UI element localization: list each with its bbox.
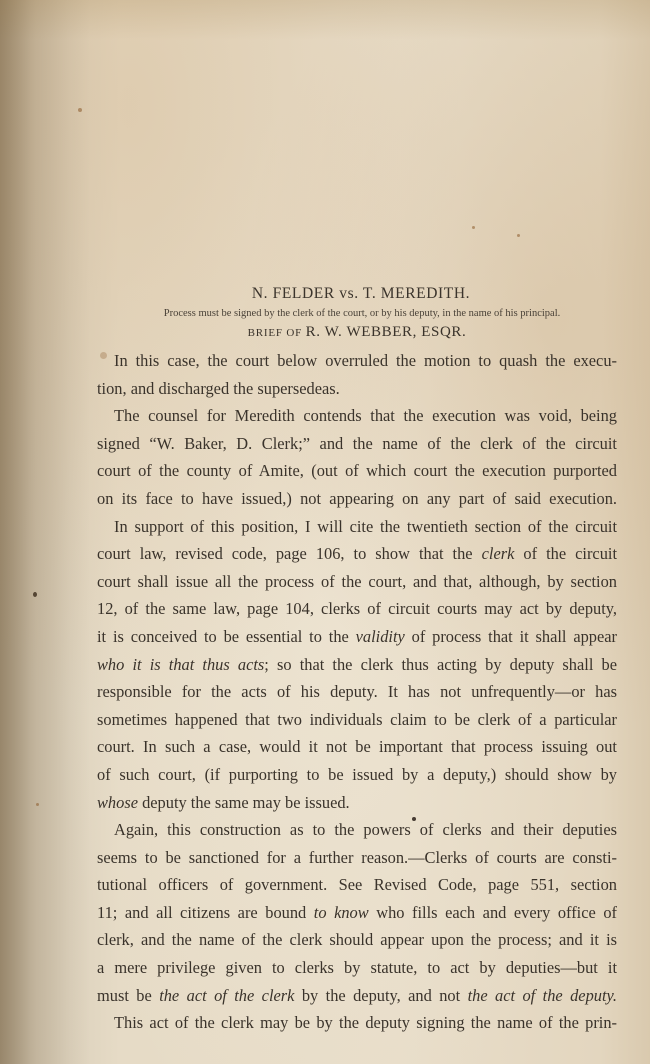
foxing-spot bbox=[33, 592, 37, 597]
text-run: by the deputy, and not bbox=[294, 986, 467, 1005]
emphasis-act-of-clerk: the act of the clerk bbox=[159, 986, 294, 1005]
emphasis-clerk: clerk bbox=[482, 544, 515, 563]
emphasis-validity: validity bbox=[356, 627, 405, 646]
emphasis-whose: whose bbox=[97, 793, 138, 812]
text-run: must be bbox=[97, 986, 159, 1005]
paragraph: The counsel for Meredith contends that t… bbox=[97, 402, 617, 512]
text-line: signed “W. Baker, D. Clerk;” and the nam… bbox=[97, 430, 617, 458]
text-run: ; so that the clerk thus acting by deput… bbox=[264, 655, 617, 674]
emphasis-who-it-is: who it is that thus acts bbox=[97, 655, 264, 674]
text-run: deputy the same may be issued. bbox=[138, 793, 350, 812]
foxing-spot bbox=[517, 234, 520, 237]
page-content: N. FELDER vs. T. MEREDITH. Process must … bbox=[97, 282, 617, 1037]
text-line: of such court, (if purporting to be issu… bbox=[97, 761, 617, 789]
text-line: clerk, and the name of the clerk should … bbox=[97, 926, 617, 954]
emphasis-act-of-deputy: the act of the deputy. bbox=[468, 986, 617, 1005]
text-run: of the circuit bbox=[514, 544, 617, 563]
text-line: responsible for the acts of his deputy. … bbox=[97, 678, 617, 706]
text-line: court. In such a case, would it not be i… bbox=[97, 733, 617, 761]
text-line: court shall issue all the process of the… bbox=[97, 568, 617, 596]
brief-prefix: BRIEF OF bbox=[248, 327, 302, 339]
text-line: who it is that thus acts; so that the cl… bbox=[97, 651, 617, 679]
text-line: Again, this construction as to the power… bbox=[97, 816, 617, 844]
text-line: sometimes happened that two individuals … bbox=[97, 706, 617, 734]
text-run: court law, revised code, page 106, to sh… bbox=[97, 544, 482, 563]
text-line: court law, revised code, page 106, to sh… bbox=[97, 540, 617, 568]
paragraph: Again, this construction as to the power… bbox=[97, 816, 617, 1037]
text-line: seems to be sanctioned for a further rea… bbox=[97, 844, 617, 872]
paragraph: In this case, the court below overruled … bbox=[97, 347, 617, 402]
binding-shadow bbox=[0, 0, 90, 1064]
text-line: In support of this position, I will cite… bbox=[97, 513, 617, 541]
text-line: whose deputy the same may be issued. bbox=[97, 789, 617, 817]
text-run: 11; and all citizens are bound bbox=[97, 903, 314, 922]
body-text: In this case, the court below overruled … bbox=[97, 347, 617, 1037]
foxing-spot bbox=[36, 803, 39, 806]
case-title: N. FELDER vs. T. MEREDITH. bbox=[105, 282, 617, 306]
text-line: on its face to have issued,) not appeari… bbox=[97, 485, 617, 513]
text-line: The counsel for Meredith contends that t… bbox=[97, 402, 617, 430]
text-line: a mere privilege given to clerks by stat… bbox=[97, 954, 617, 982]
scanned-page: N. FELDER vs. T. MEREDITH. Process must … bbox=[0, 0, 650, 1064]
headnote: Process must be signed by the clerk of t… bbox=[97, 306, 627, 322]
text-line: must be the act of the clerk by the depu… bbox=[97, 982, 617, 1010]
text-line: court of the county of Amite, (out of wh… bbox=[97, 457, 617, 485]
text-line: 12, of the same law, page 104, clerks of… bbox=[97, 595, 617, 623]
text-run: of process that it shall appear bbox=[405, 627, 617, 646]
text-line: In this case, the court below overruled … bbox=[97, 347, 617, 375]
emphasis-to-know: to know bbox=[314, 903, 369, 922]
paragraph: In support of this position, I will cite… bbox=[97, 513, 617, 817]
brief-byline: BRIEF OF R. W. WEBBER, ESQR. bbox=[97, 322, 617, 343]
text-line: it is conceived to be essential to the v… bbox=[97, 623, 617, 651]
foxing-spot bbox=[472, 226, 475, 229]
brief-author: R. W. WEBBER, ESQR. bbox=[306, 324, 467, 340]
text-run: it is conceived to be essential to the bbox=[97, 627, 356, 646]
text-line: tutional officers of government. See Rev… bbox=[97, 871, 617, 899]
text-line: 11; and all citizens are bound to know w… bbox=[97, 899, 617, 927]
text-line: This act of the clerk may be by the depu… bbox=[97, 1009, 617, 1037]
page-top-discoloration bbox=[0, 0, 650, 40]
text-line: tion, and discharged the supersedeas. bbox=[97, 375, 617, 403]
foxing-spot bbox=[78, 108, 82, 112]
text-run: who fills each and every office of bbox=[369, 903, 617, 922]
